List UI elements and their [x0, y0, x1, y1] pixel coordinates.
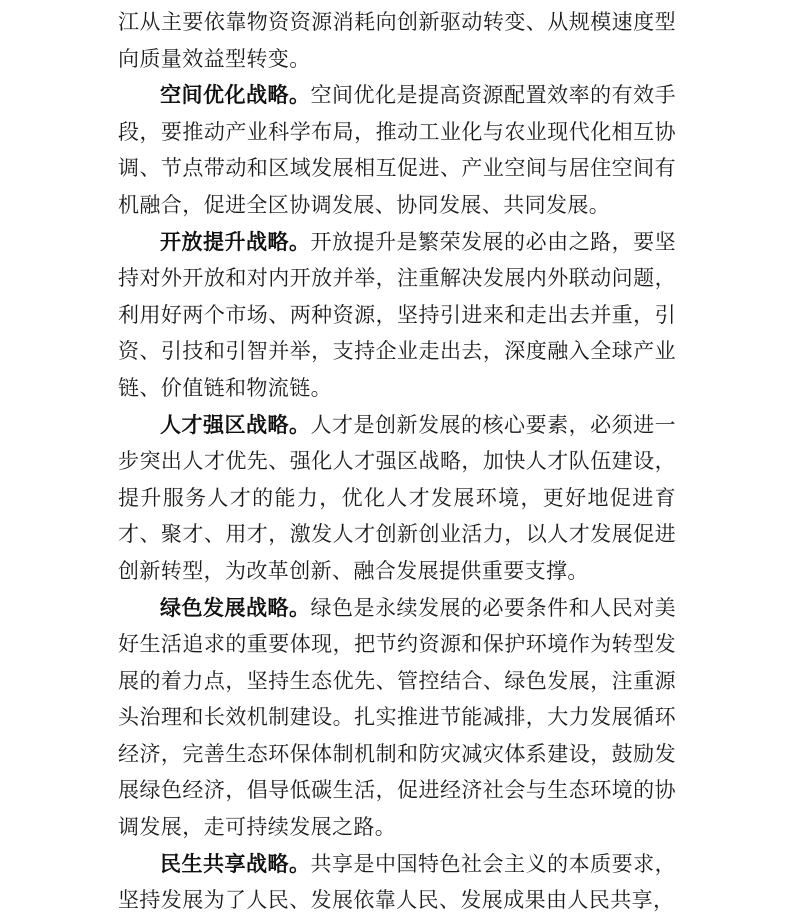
strategy-heading: 民生共享战略。	[160, 852, 311, 876]
strategy-heading: 人才强区战略。	[160, 413, 311, 437]
paragraph: 开放提升战略。开放提升是繁荣发展的必由之路，要坚持对外开放和对内开放并举，注重解…	[118, 224, 676, 407]
paragraph: 空间优化战略。空间优化是提高资源配置效率的有效手段，要推动产业科学布局，推动工业…	[118, 77, 676, 223]
document-page: 江从主要依靠物资资源消耗向创新驱动转变、从规模速度型向质量效益型转变。 空间优化…	[0, 0, 793, 917]
paragraph: 绿色发展战略。绿色是永续发展的必要条件和人民对美好生活追求的重要体现，把节约资源…	[118, 590, 676, 846]
strategy-heading: 空间优化战略。	[160, 83, 311, 107]
paragraph-text: 江从主要依靠物资资源消耗向创新驱动转变、从规模速度型向质量效益型转变。	[118, 10, 676, 71]
paragraph: 江从主要依靠物资资源消耗向创新驱动转变、从规模速度型向质量效益型转变。	[118, 4, 676, 77]
paragraph-text: 绿色是永续发展的必要条件和人民对美好生活追求的重要体现，把节约资源和保护环境作为…	[118, 596, 676, 840]
strategy-heading: 绿色发展战略。	[160, 596, 311, 620]
paragraph-text: 人才是创新发展的核心要素，必须进一步突出人才优先、强化人才强区战略，加快人才队伍…	[118, 413, 676, 583]
paragraph-text: 开放提升是繁荣发展的必由之路，要坚持对外开放和对内开放并举，注重解决发展内外联动…	[118, 230, 676, 400]
paragraph: 人才强区战略。人才是创新发展的核心要素，必须进一步突出人才优先、强化人才强区战略…	[118, 407, 676, 590]
paragraph: 民生共享战略。共享是中国特色社会主义的本质要求，坚持发展为了人民、发展依靠人民、…	[118, 846, 676, 917]
document-text-block: 江从主要依靠物资资源消耗向创新驱动转变、从规模速度型向质量效益型转变。 空间优化…	[118, 4, 676, 917]
strategy-heading: 开放提升战略。	[160, 230, 311, 254]
